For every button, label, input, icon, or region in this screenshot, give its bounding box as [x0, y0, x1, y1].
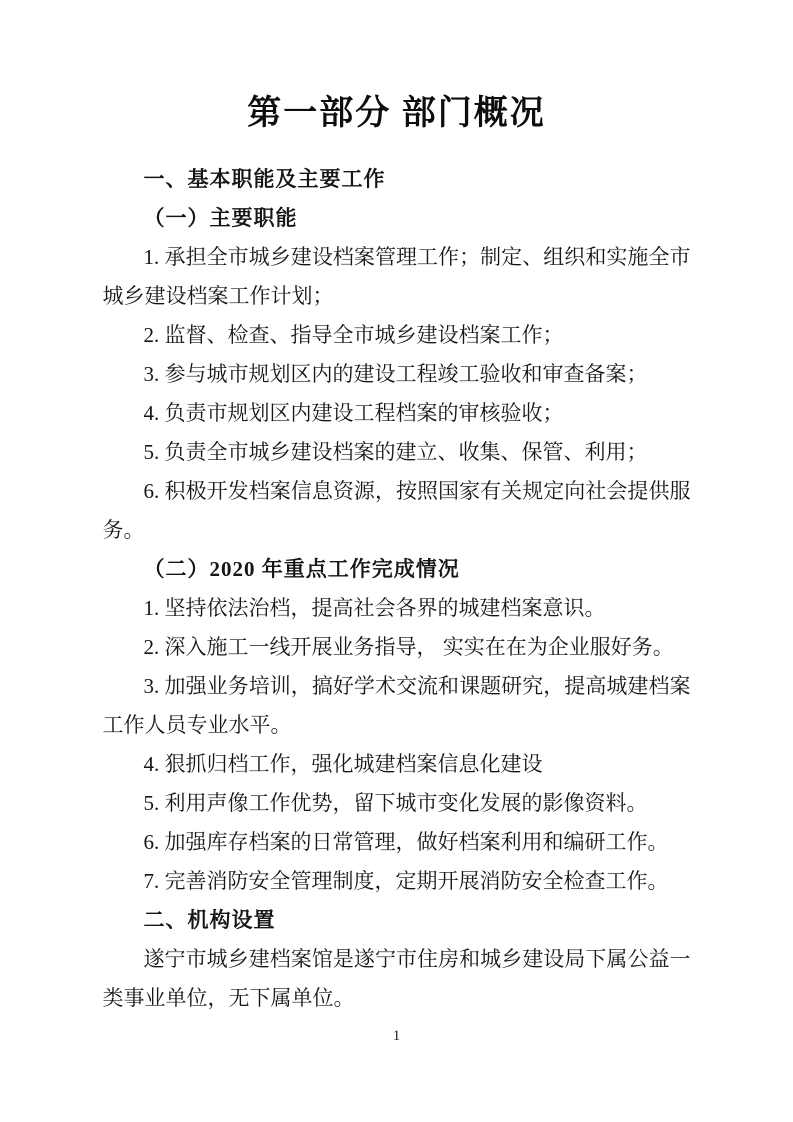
paragraph: 3. 加强业务培训，搞好学术交流和课题研究，提高城建档案工作人员专业水平。 [103, 667, 691, 745]
section-heading: （一）主要职能 [103, 199, 691, 238]
paragraph: 5. 负责全市城乡建设档案的建立、收集、保管、利用； [103, 433, 691, 472]
paragraph: 遂宁市城乡建档案馆是遂宁市住房和城乡建设局下属公益一类事业单位，无下属单位。 [103, 940, 691, 1018]
document-title: 第一部分 部门概况 [0, 0, 793, 136]
paragraph: 4. 负责市规划区内建设工程档案的审核验收； [103, 394, 691, 433]
section-heading: （二）2020 年重点工作完成情况 [103, 550, 691, 589]
paragraph: 3. 参与城市规划区内的建设工程竣工验收和审查备案； [103, 355, 691, 394]
section-heading: 二、机构设置 [103, 901, 691, 940]
paragraph: 5. 利用声像工作优势，留下城市变化发展的影像资料。 [103, 784, 691, 823]
paragraph: 7. 完善消防安全管理制度，定期开展消防安全检查工作。 [103, 862, 691, 901]
paragraph: 1. 承担全市城乡建设档案管理工作；制定、组织和实施全市城乡建设档案工作计划； [103, 238, 691, 316]
paragraph: 2. 深入施工一线开展业务指导， 实实在在为企业服好务。 [103, 628, 691, 667]
page-number: 1 [0, 1026, 793, 1046]
section-heading: 一、基本职能及主要工作 [103, 160, 691, 199]
paragraph: 6. 加强库存档案的日常管理，做好档案利用和编研工作。 [103, 823, 691, 862]
document-body: 一、基本职能及主要工作（一）主要职能1. 承担全市城乡建设档案管理工作；制定、组… [103, 160, 691, 1018]
paragraph: 6. 积极开发档案信息资源，按照国家有关规定向社会提供服务。 [103, 472, 691, 550]
paragraph: 4. 狠抓归档工作，强化城建档案信息化建设 [103, 745, 691, 784]
paragraph: 1. 坚持依法治档，提高社会各界的城建档案意识。 [103, 589, 691, 628]
paragraph: 2. 监督、检查、指导全市城乡建设档案工作； [103, 316, 691, 355]
document-page: 第一部分 部门概况 一、基本职能及主要工作（一）主要职能1. 承担全市城乡建设档… [0, 0, 793, 1122]
